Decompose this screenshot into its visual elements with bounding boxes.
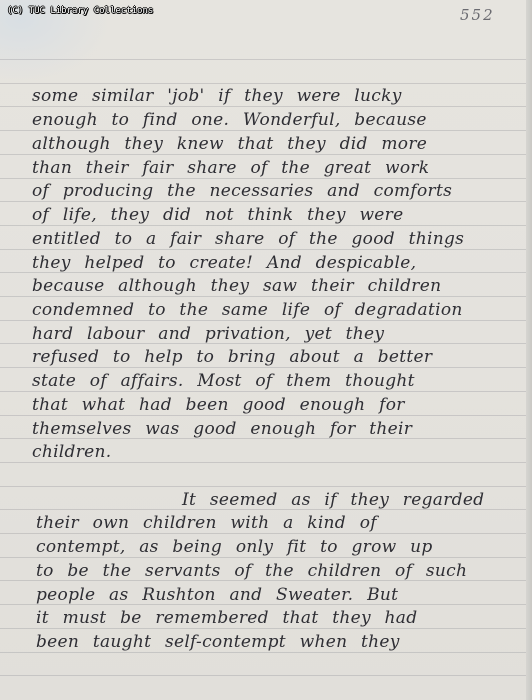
ruled-line <box>0 675 526 676</box>
ruled-line <box>0 154 526 155</box>
ruled-line <box>0 533 526 534</box>
manuscript-line: It seemed as if they regarded <box>182 490 484 510</box>
ruled-line <box>0 249 526 250</box>
ruled-line <box>0 130 526 131</box>
ruled-line <box>0 486 526 487</box>
manuscript-line: they helped to create! And despicable, <box>32 253 416 273</box>
ruled-line <box>0 367 526 368</box>
ruled-line <box>0 83 526 84</box>
ruled-line <box>0 201 526 202</box>
manuscript-line: people as Rushton and Sweater. But <box>36 585 398 605</box>
manuscript-line: entitled to a fair share of the good thi… <box>32 229 464 249</box>
manuscript-line: it must be remembered that they had <box>36 608 417 628</box>
copyright-watermark: (C) TUC Library Collections <box>7 6 153 16</box>
page-edge <box>526 0 532 700</box>
ruled-line <box>0 652 526 653</box>
ruled-line <box>0 628 526 629</box>
ruled-line <box>0 320 526 321</box>
ruled-line <box>0 106 526 107</box>
ruled-line <box>0 557 526 558</box>
manuscript-line: some similar 'job' if they were lucky <box>32 86 402 106</box>
manuscript-line: of life, they did not think they were <box>32 205 403 225</box>
ruled-line <box>0 462 526 463</box>
manuscript-line: because although they saw their children <box>32 276 441 296</box>
manuscript-line: enough to find one. Wonderful, because <box>32 110 427 130</box>
page-number: 552 <box>460 6 495 24</box>
manuscript-line: than their fair share of the great work <box>32 158 429 178</box>
manuscript-line: that what had been good enough for <box>32 395 405 415</box>
manuscript-line: their own children with a kind of <box>36 513 377 533</box>
manuscript-page: (C) TUC Library Collections 552 some sim… <box>0 0 526 700</box>
manuscript-line: children. <box>32 442 111 462</box>
manuscript-line: to be the servants of the children of su… <box>36 561 467 581</box>
manuscript-line: contempt, as being only fit to grow up <box>36 537 433 557</box>
manuscript-line: hard labour and privation, yet they <box>32 324 384 344</box>
manuscript-line: state of affairs. Most of them thought <box>32 371 415 391</box>
ruled-line <box>0 59 526 60</box>
manuscript-line: of producing the necessaries and comfort… <box>32 181 452 201</box>
manuscript-line: although they knew that they did more <box>32 134 427 154</box>
manuscript-line: been taught self-contempt when they <box>36 632 400 652</box>
manuscript-line: refused to help to bring about a better <box>32 347 432 367</box>
ruled-line <box>0 178 526 179</box>
manuscript-line: condemned to the same life of degradatio… <box>32 300 463 320</box>
ruled-line <box>0 391 526 392</box>
ruled-line <box>0 225 526 226</box>
ruled-line <box>0 415 526 416</box>
manuscript-line: themselves was good enough for their <box>32 419 412 439</box>
ruled-line <box>0 296 526 297</box>
